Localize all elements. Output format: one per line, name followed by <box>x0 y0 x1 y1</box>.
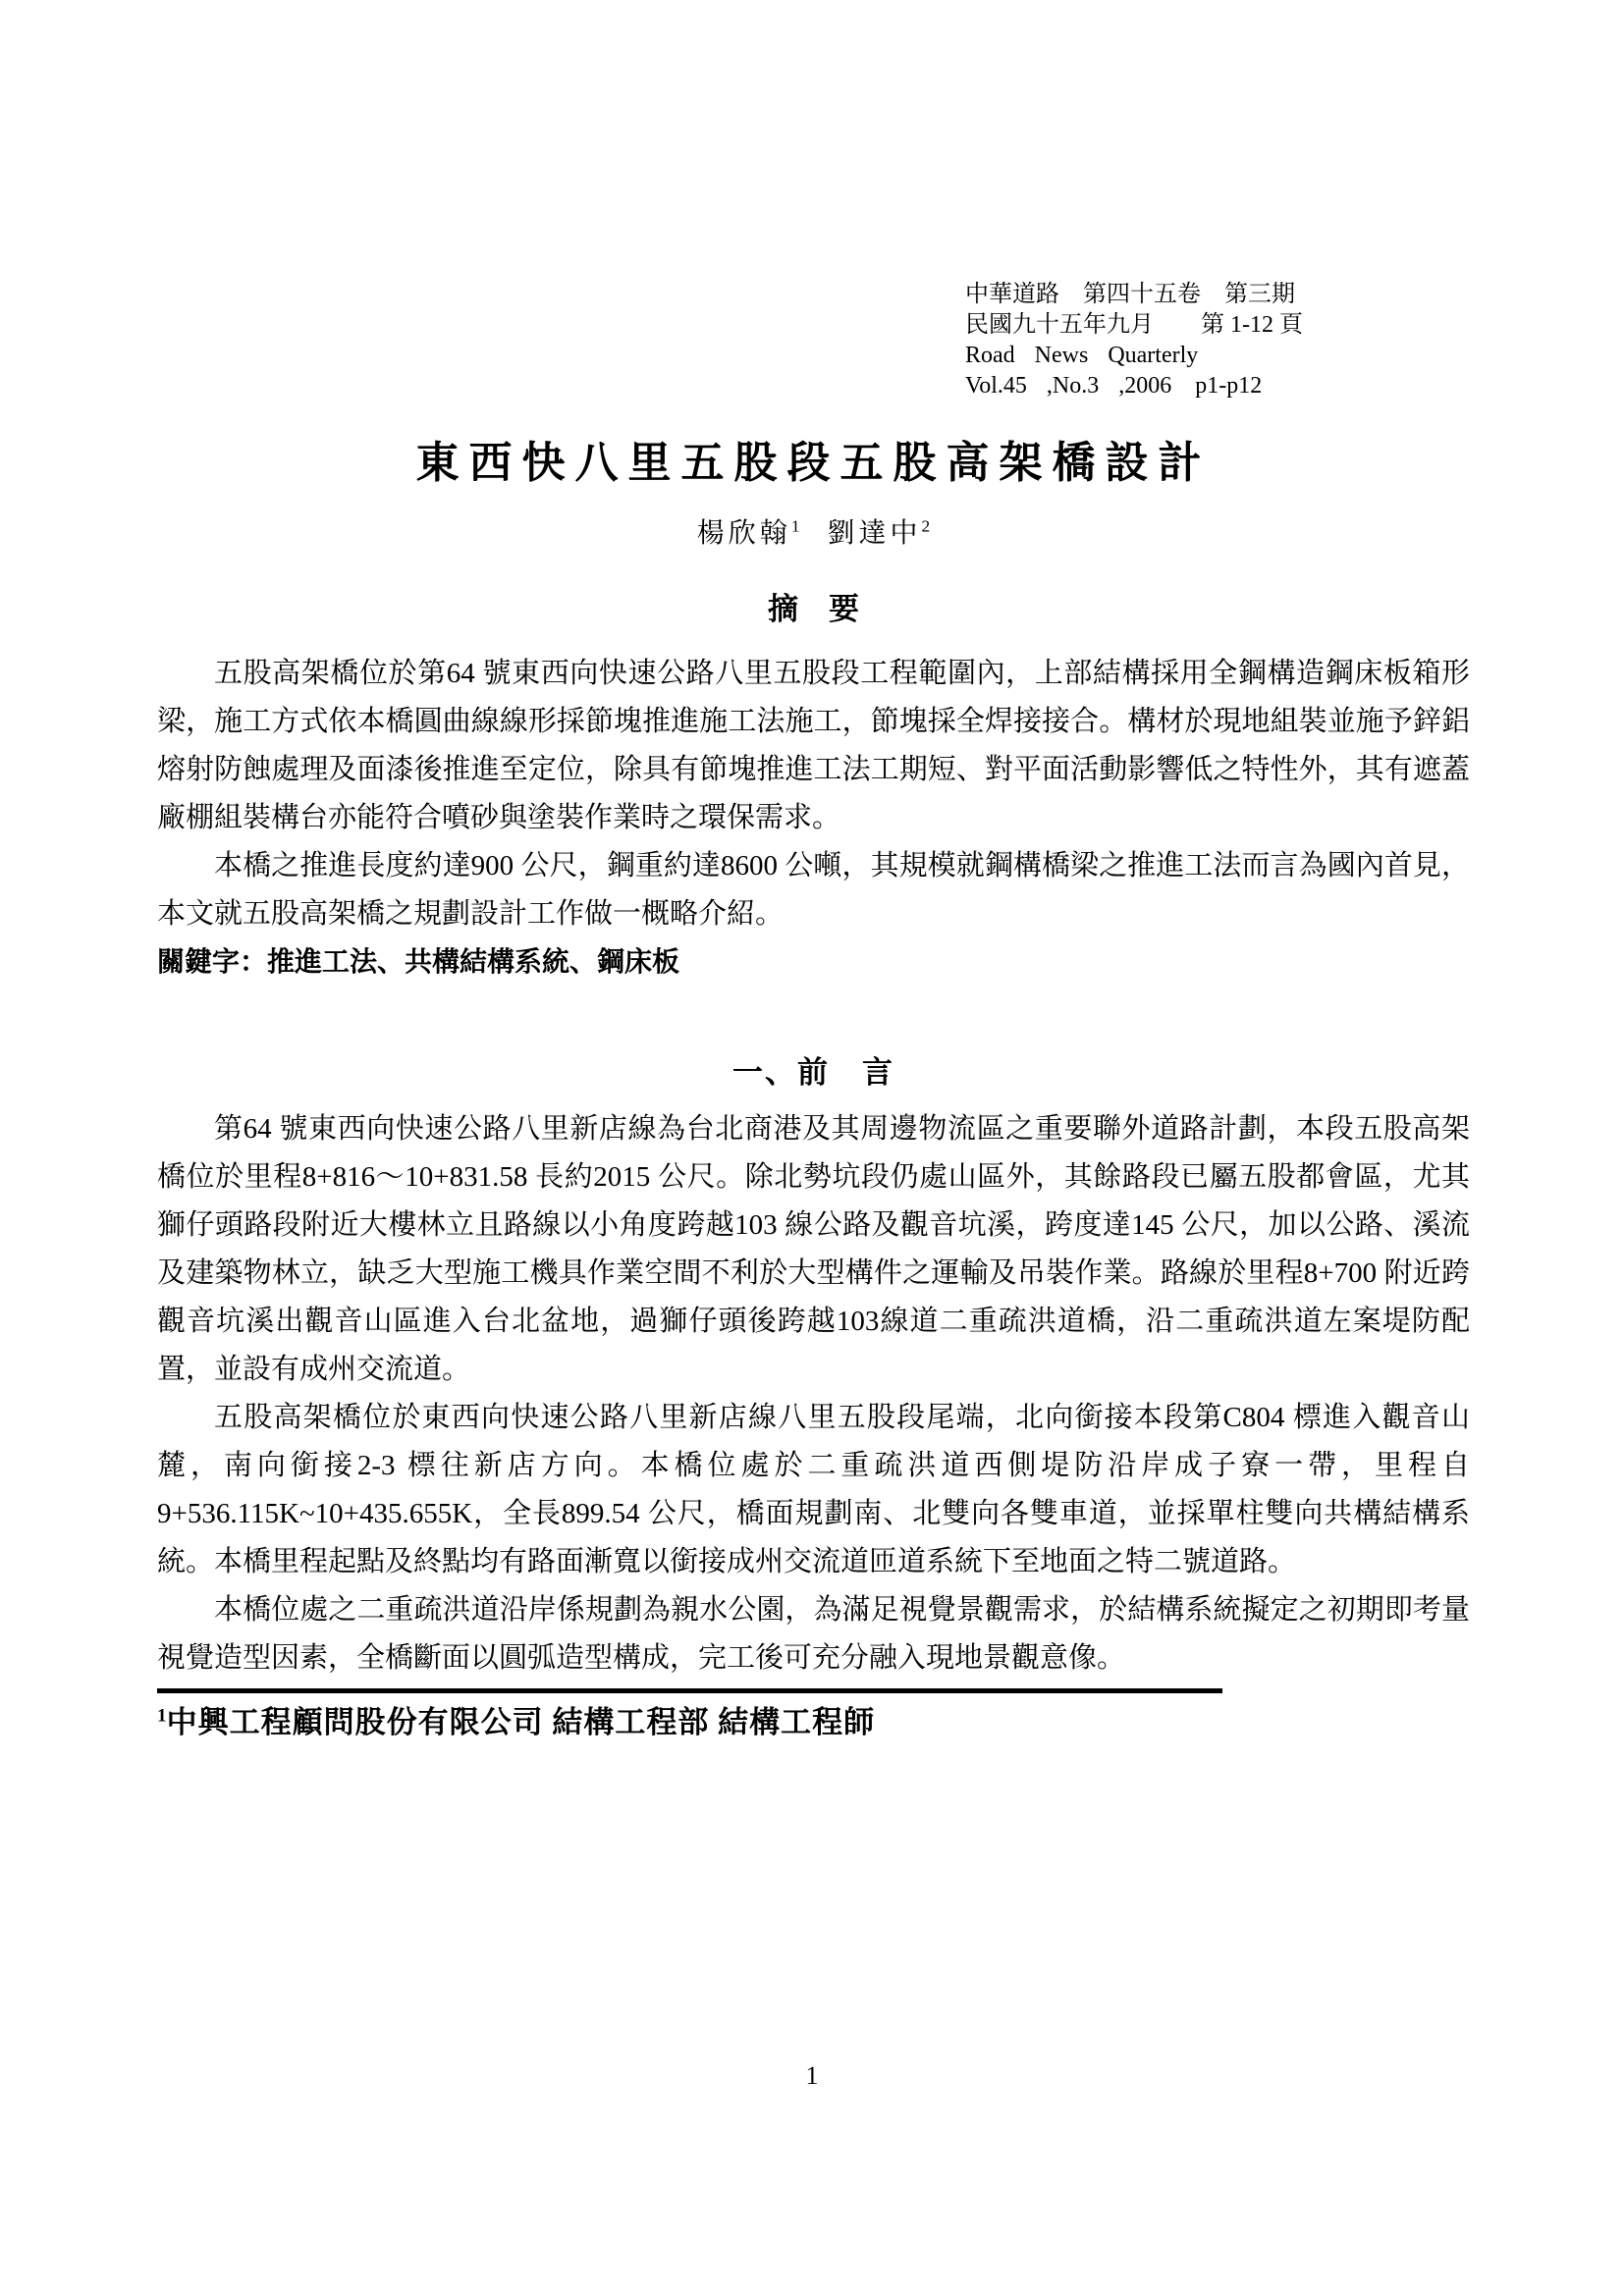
abstract-paragraph-2: 本橋之推進長度約達900 公尺，鋼重約達8600 公噸，其規模就鋼構橋梁之推進工… <box>157 842 1470 938</box>
footnote-text: 中興工程顧問股份有限公司 結構工程部 結構工程師 <box>167 1705 876 1739</box>
page-content: 中華道路 第四十五卷 第三期 民國九十五年九月 第 1-12 頁 Road Ne… <box>157 280 1470 1741</box>
author-2: 劉達中2 <box>828 518 931 549</box>
section-1-paragraph-2: 五股高架橋位於東西向快速公路八里新店線八里五股段尾端，北向銜接本段第C804 標… <box>157 1394 1470 1586</box>
author-affiliation-footnote: 1中興工程顧問股份有限公司 結構工程部 結構工程師 <box>157 1697 1470 1741</box>
journal-header-line-cn-volume: 中華道路 第四十五卷 第三期 <box>965 280 1470 310</box>
abstract-heading: 摘 要 <box>157 584 1470 628</box>
keywords-line: 關鍵字：推進工法、共構結構系統、鋼床板 <box>157 938 1470 987</box>
author-1-affiliation-mark: 1 <box>791 517 800 536</box>
document-page: 中華道路 第四十五卷 第三期 民國九十五年九月 第 1-12 頁 Road Ne… <box>0 0 1624 2296</box>
section-1-heading: 一、前 言 <box>157 1047 1470 1092</box>
abstract-paragraph-1: 五股高架橋位於第64 號東西向快速公路八里五股段工程範圍內，上部結構採用全鋼構造… <box>157 650 1470 842</box>
section-1-body: 第64 號東西向快速公路八里新店線為台北商港及其周邊物流區之重要聯外道路計劃，本… <box>157 1105 1470 1682</box>
author-2-name: 劉達中 <box>828 518 922 549</box>
paper-title: 東西快八里五股段五股高架橋設計 <box>157 427 1470 490</box>
page-number: 1 <box>0 2061 1624 2091</box>
author-1-name: 楊欣翰 <box>697 518 791 549</box>
authors-line: 楊欣翰1劉達中2 <box>157 511 1470 551</box>
author-2-affiliation-mark: 2 <box>922 517 931 536</box>
author-1: 楊欣翰1 <box>697 518 800 549</box>
journal-header: 中華道路 第四十五卷 第三期 民國九十五年九月 第 1-12 頁 Road Ne… <box>965 280 1470 401</box>
section-1-paragraph-1: 第64 號東西向快速公路八里新店線為台北商港及其周邊物流區之重要聯外道路計劃，本… <box>157 1105 1470 1394</box>
journal-header-line-en-volume: Vol.45 ,No.3 ,2006 p1-p12 <box>965 371 1470 401</box>
footnote-separator-rule <box>157 1688 1222 1693</box>
journal-header-line-en-name: Road News Quarterly <box>965 341 1470 371</box>
footnote-mark: 1 <box>157 1706 167 1727</box>
abstract-body: 五股高架橋位於第64 號東西向快速公路八里五股段工程範圍內，上部結構採用全鋼構造… <box>157 650 1470 987</box>
journal-header-line-cn-date: 民國九十五年九月 第 1-12 頁 <box>965 310 1470 341</box>
section-1-paragraph-3: 本橋位處之二重疏洪道沿岸係規劃為親水公園，為滿足視覺景觀需求，於結構系統擬定之初… <box>157 1586 1470 1682</box>
